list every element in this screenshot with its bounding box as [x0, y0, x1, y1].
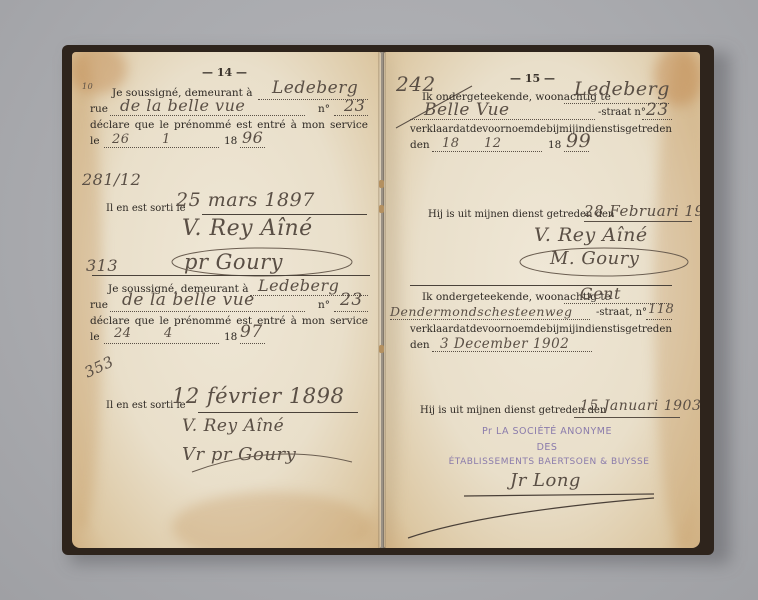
signature-flourish — [182, 432, 362, 482]
rule — [334, 311, 368, 312]
paper-stain — [172, 492, 372, 548]
handwritten-day: 26 — [112, 132, 130, 147]
handwritten-month: 12 — [484, 136, 502, 151]
declaration-text: déclarequeleprénomméestentréàmonservice — [90, 118, 368, 132]
handwritten-day: 24 — [114, 326, 132, 341]
date-century: 18 — [548, 138, 561, 152]
handwritten-street: Dendermondschesteenweg — [390, 304, 573, 319]
company-stamp-line-1: Pr LA SOCIÉTÉ ANONYME — [482, 426, 612, 437]
exit-label: Il en est sorti le — [106, 202, 186, 216]
handwritten-month: 4 — [164, 326, 173, 341]
rule — [574, 417, 680, 418]
handwritten-town: Ledeberg — [258, 276, 339, 295]
rule — [432, 151, 542, 152]
handwritten-exit-date: 25 mars 1897 — [176, 189, 315, 211]
rule — [334, 115, 368, 116]
handwritten-year: 99 — [566, 130, 591, 152]
handwritten-street: Belle Vue — [424, 100, 510, 120]
handwritten-house-number: 23 — [340, 290, 363, 310]
rule — [110, 115, 305, 116]
rule — [110, 311, 305, 312]
section-divider — [410, 285, 672, 286]
book-gutter — [378, 52, 386, 548]
rule — [198, 412, 358, 413]
handwritten-year: 96 — [242, 128, 263, 147]
handwritten-house-number: 118 — [648, 302, 674, 317]
margin-note: 313 — [86, 256, 118, 275]
company-stamp-line-3: ÉTABLISSEMENTS BAERTSOEN & BUYSSE — [444, 457, 654, 467]
street-label: -straat n° — [598, 106, 646, 120]
date-label: den — [410, 138, 430, 152]
rule — [584, 221, 692, 222]
date-label: le — [90, 330, 100, 344]
street-label: -straat, n° — [596, 306, 647, 320]
page-number: — 15 — — [510, 72, 555, 85]
date-label: le — [90, 134, 100, 148]
rule — [104, 343, 219, 344]
signature-flourish — [514, 244, 694, 284]
date-label: den — [410, 338, 430, 352]
company-stamp-line-2: DES — [482, 442, 612, 453]
exit-label: Hij is uit mijnen dienst getreden den — [420, 404, 606, 418]
rule — [104, 147, 219, 148]
handwritten-month: 1 — [162, 132, 171, 147]
date-century: 18 — [224, 330, 237, 344]
handwritten-town: Ledeberg — [574, 78, 670, 100]
declaration-text: verklaardatdevoornoemdebijmijindienstisg… — [410, 123, 672, 137]
date-century: 18 — [224, 134, 237, 148]
handwritten-street: de la belle vue — [122, 290, 255, 310]
rule — [390, 319, 590, 320]
number-label: n° — [318, 298, 330, 312]
signature-flourish — [404, 482, 664, 542]
employer-signature: V. Rey Aîné — [182, 216, 313, 241]
handwritten-town: Ledeberg — [272, 78, 358, 98]
employer-signature: V. Rey Aîné — [534, 224, 648, 246]
right-page: — 15 — 242 Ik ondergeteekende, woonachti… — [384, 52, 700, 548]
rule — [202, 214, 367, 215]
handwritten-exit-date: 15 Januari 1903 — [580, 398, 700, 414]
handwritten-year: 97 — [240, 322, 263, 342]
street-label: rue — [90, 298, 108, 312]
rule — [240, 343, 265, 344]
margin-note: 10 — [82, 82, 93, 91]
binding-stitch — [379, 205, 384, 213]
handwritten-entry-date: 3 December 1902 — [440, 336, 569, 352]
handwritten-day: 18 — [442, 136, 460, 151]
rule — [646, 319, 672, 320]
handwritten-town: Gent — [580, 284, 621, 303]
number-label: n° — [318, 102, 330, 116]
handwritten-house-number: 23 — [646, 100, 669, 120]
binding-stitch — [379, 180, 384, 188]
left-page: — 14 — 10 Je soussigné, demeurant à Lede… — [72, 52, 381, 548]
handwritten-exit-date: 12 février 1898 — [172, 384, 344, 408]
margin-note: 281/12 — [82, 170, 141, 189]
rule — [240, 147, 265, 148]
handwritten-house-number: 23 — [344, 96, 365, 115]
handwritten-exit-date: 28 Februari 1900 — [584, 202, 700, 220]
page-number: — 14 — — [202, 66, 247, 79]
binding-stitch — [379, 345, 384, 353]
handwritten-street: de la belle vue — [120, 96, 245, 115]
declaration-text: verklaardatdevoornoemdebijmijindienstisg… — [410, 323, 672, 337]
street-label: rue — [90, 102, 108, 116]
